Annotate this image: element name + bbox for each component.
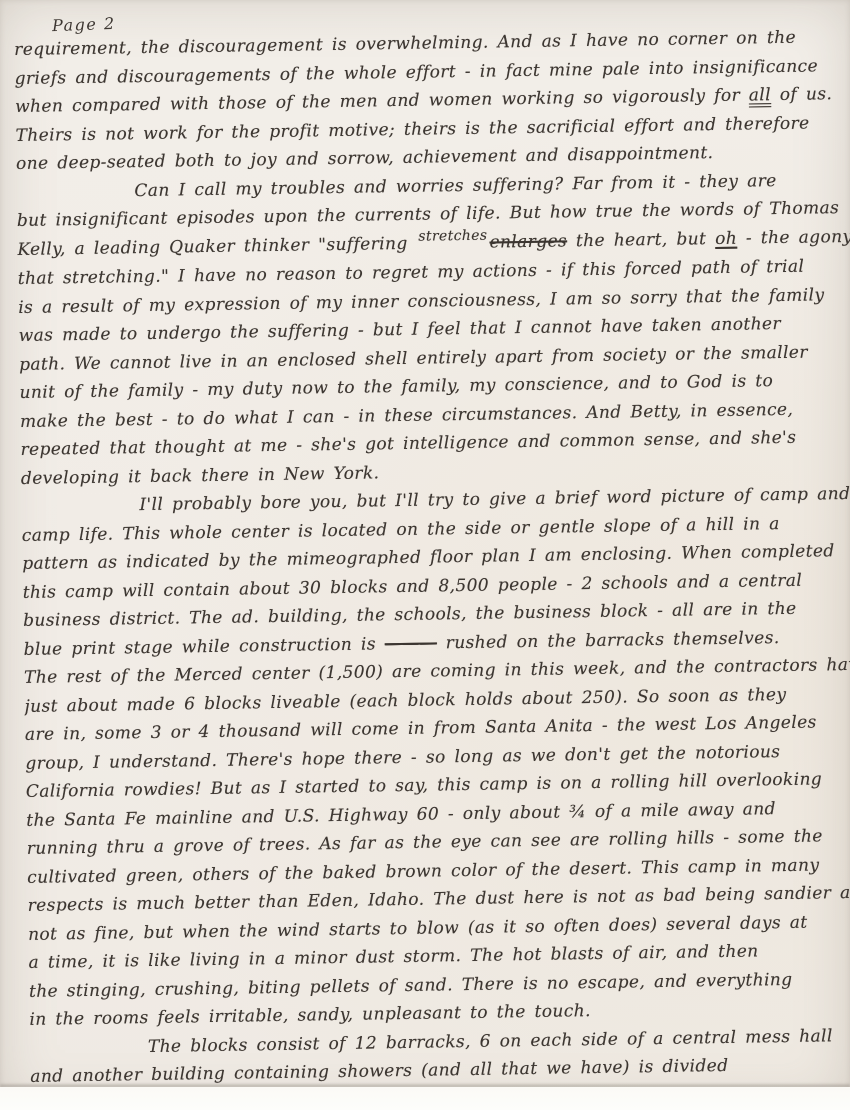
letter-paper: Page 2 requirement, the discouragement i… [0, 0, 850, 1110]
letter-body: requirement, the discouragement is overw… [14, 23, 850, 1091]
page-number-label: Page 2 [52, 14, 116, 35]
scanner-background-strip [0, 1087, 850, 1110]
struck-out-word: enlarges [489, 231, 567, 252]
double-underlined-word: all [749, 85, 772, 105]
underlined-word: oh [715, 228, 737, 248]
inserted-word: stretches [418, 227, 487, 244]
struck-out-word: ——— [385, 633, 438, 654]
